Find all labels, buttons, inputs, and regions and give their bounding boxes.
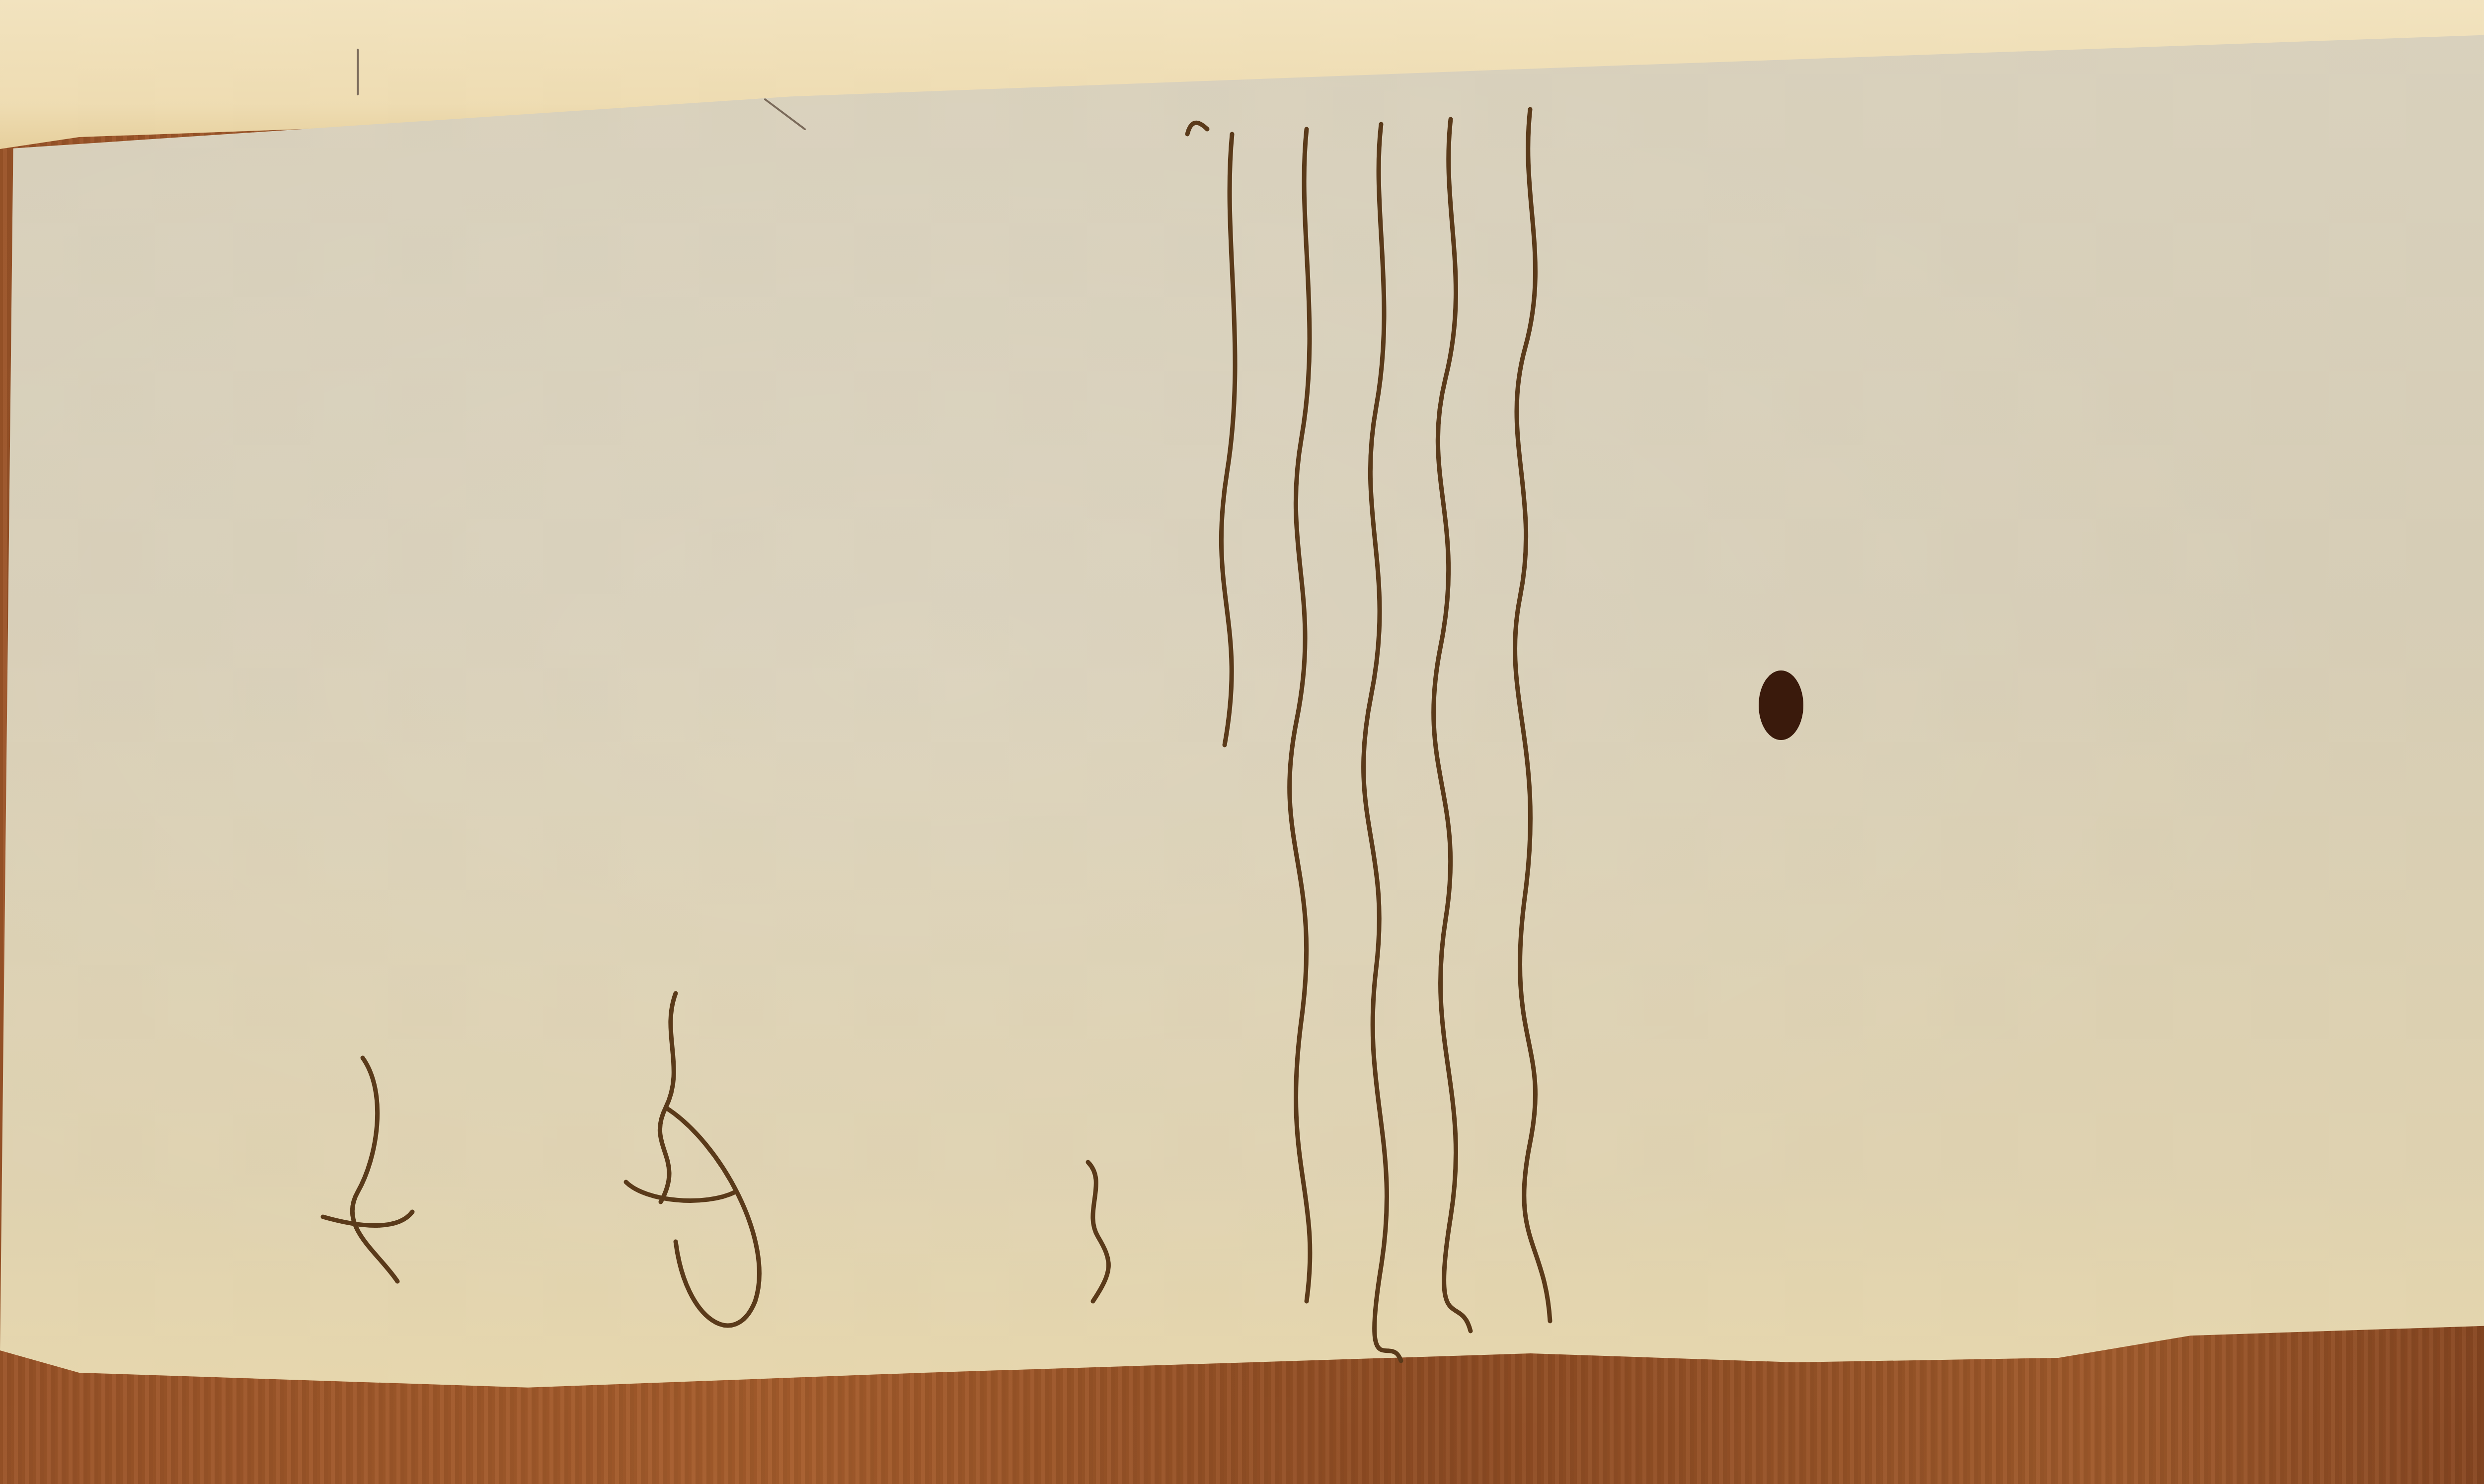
text-line-5: [1221, 134, 1235, 745]
text-line-2: [1434, 119, 1471, 1331]
handwriting-ink: [0, 0, 2484, 1484]
signature-middle: [626, 993, 759, 1326]
text-line-4: [1290, 129, 1310, 1301]
text-line-1: [1515, 109, 1550, 1321]
pencil-mark: [765, 99, 805, 129]
signature-left: [323, 1058, 412, 1281]
mark-right: [1088, 1162, 1108, 1301]
text-line-3: [1364, 124, 1401, 1361]
ink-mark: [1187, 123, 1207, 134]
